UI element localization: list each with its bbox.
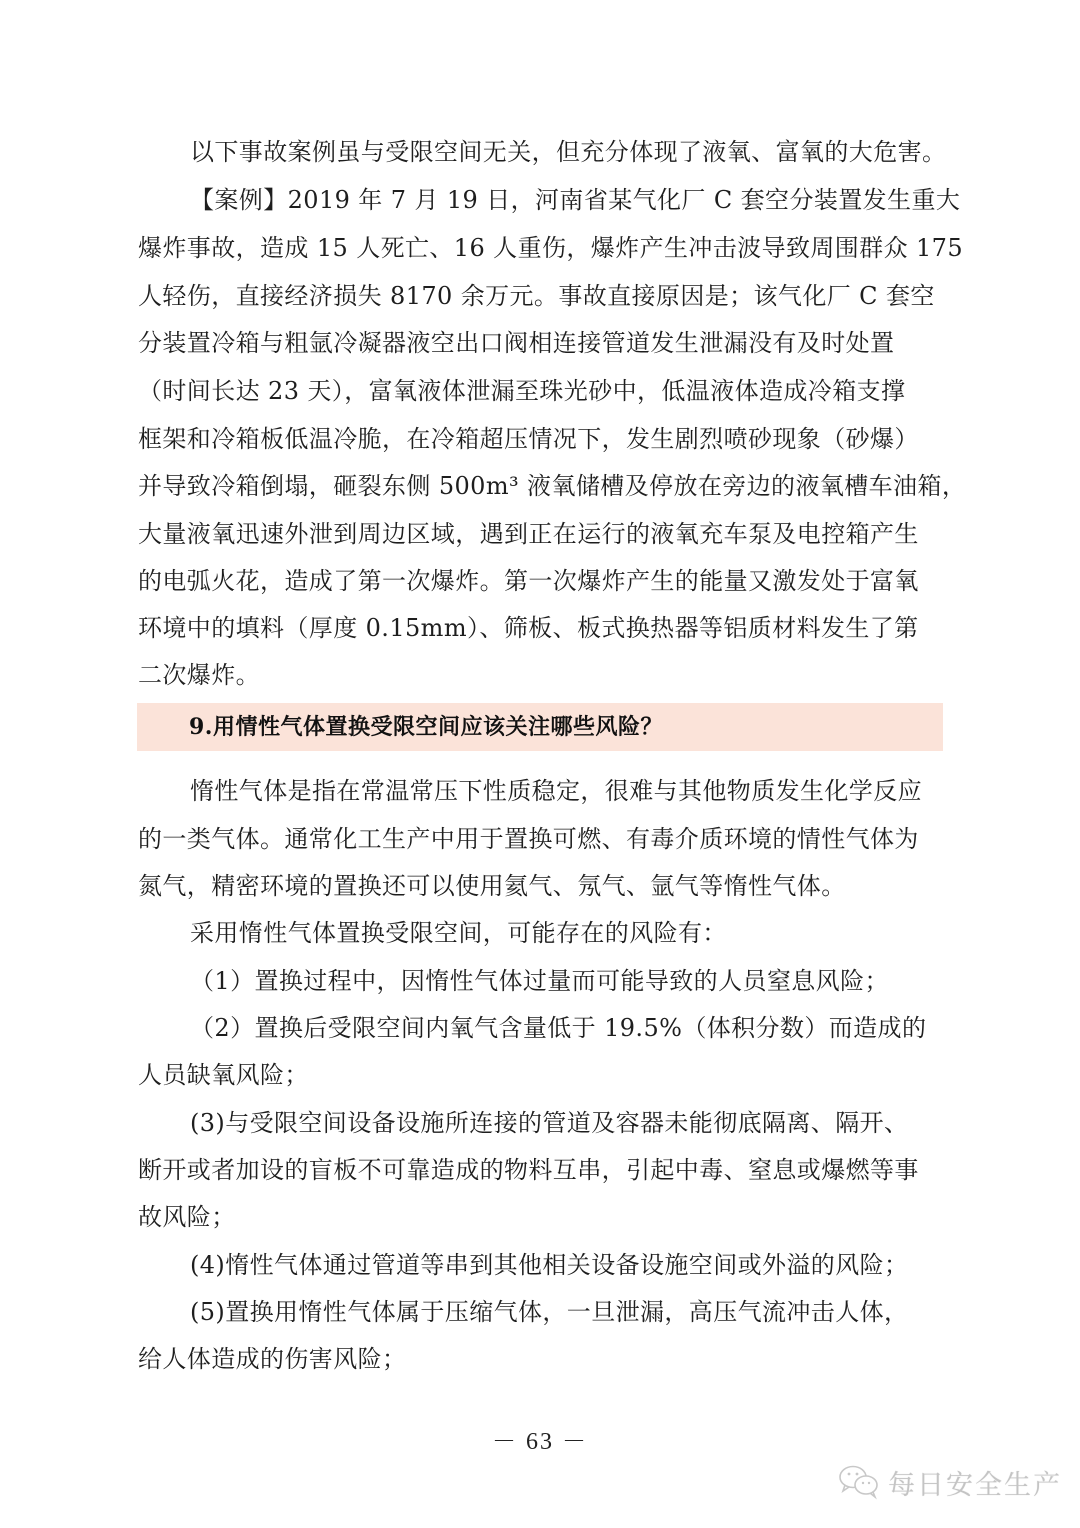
list-item-continuation: 断开或者加设的盲板不可靠造成的物料互串，引起中毒、窒息或爆燃等事	[138, 1155, 948, 1185]
list-item-continuation: 故风险；	[138, 1202, 948, 1232]
list-item-continuation: 人员缺氧风险；	[138, 1060, 948, 1090]
paragraph-line: 人轻伤，直接经济损失 8170 余万元。事故直接原因是；该气化厂 C 套空	[138, 281, 948, 311]
list-item: (4)惰性气体通过管道等串到其他相关设备设施空间或外溢的风险；	[190, 1250, 950, 1280]
section-heading-box: 9.用情性气体置换受限空间应该关注哪些风险？	[137, 703, 943, 751]
paragraph-line: 以下事故案例虽与受限空间无关，但充分体现了液氧、富氧的大危害。	[190, 137, 950, 167]
paragraph-line: 惰性气体是指在常温常压下性质稳定，很难与其他物质发生化学反应	[190, 776, 950, 806]
page-number: － 63 －	[0, 1421, 1080, 1456]
list-item: (3)与受限空间设备设施所连接的管道及容器未能彻底隔离、隔开、	[190, 1108, 950, 1138]
watermark: 每日安全生产	[838, 1462, 1062, 1502]
list-item: (5)置换用惰性气体属于压缩气体，一旦泄漏，高压气流冲击人体，	[190, 1297, 950, 1327]
paragraph-line: 的一类气体。通常化工生产中用于置换可燃、有毒介质环境的情性气体为	[138, 824, 948, 854]
section-heading: 9.用情性气体置换受限空间应该关注哪些风险？	[189, 712, 663, 742]
paragraph-line: 二次爆炸。	[138, 660, 948, 690]
paragraph-line: 环境中的填料（厚度 0.15mm）、筛板、板式换热器等铝质材料发生了第	[138, 613, 948, 643]
paragraph-line: 爆炸事故，造成 15 人死亡、16 人重伤，爆炸产生冲击波导致周围群众 175	[138, 233, 948, 263]
list-item: （2）置换后受限空间内氧气含量低于 19.5%（体积分数）而造成的	[190, 1013, 950, 1043]
paragraph-line: 大量液氧迅速外泄到周边区域，遇到正在运行的液氧充车泵及电控箱产生	[138, 519, 948, 549]
paragraph-line: 采用惰性气体置换受限空间，可能存在的风险有：	[190, 918, 950, 948]
paragraph-line: 框架和冷箱板低温冷脆，在冷箱超压情况下，发生剧烈喷砂现象（砂爆）	[138, 424, 948, 454]
paragraph-line: 并导致冷箱倒塌，砸裂东侧 500m³ 液氧储槽及停放在旁边的液氧槽车油箱，	[138, 471, 948, 501]
paragraph-line: （时间长达 23 天），富氧液体泄漏至珠光砂中，低温液体造成冷箱支撑	[138, 376, 948, 406]
document-page: 以下事故案例虽与受限空间无关，但充分体现了液氧、富氧的大危害。 【案例】2019…	[0, 0, 1080, 1528]
wechat-icon	[838, 1464, 880, 1500]
watermark-text: 每日安全生产	[888, 1463, 1062, 1502]
paragraph-line: 氮气，精密环境的置换还可以使用氦气、氖气、氩气等惰性气体。	[138, 871, 948, 901]
paragraph-line: 分装置冷箱与粗氩冷凝器液空出口阀相连接管道发生泄漏没有及时处置	[138, 328, 948, 358]
paragraph-line: 【案例】2019 年 7 月 19 日，河南省某气化厂 C 套空分装置发生重大	[190, 185, 950, 215]
list-item: （1）置换过程中，因惰性气体过量而可能导致的人员窒息风险；	[190, 966, 950, 996]
list-item-continuation: 给人体造成的伤害风险；	[138, 1344, 948, 1374]
paragraph-line: 的电弧火花，造成了第一次爆炸。第一次爆炸产生的能量又激发处于富氧	[138, 566, 948, 596]
